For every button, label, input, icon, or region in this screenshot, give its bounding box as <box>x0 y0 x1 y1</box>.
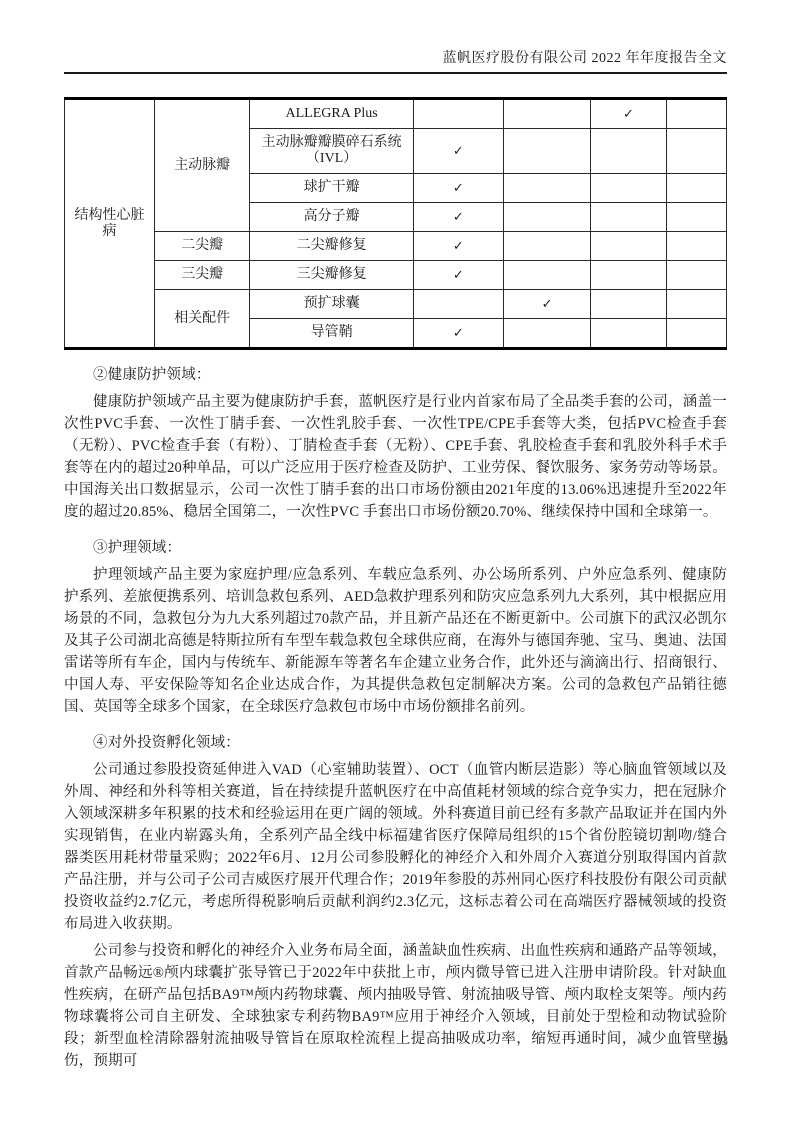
check-cell <box>503 232 590 261</box>
check-cell: ✓ <box>413 319 503 349</box>
table-row: 三尖瓣 三尖瓣修复 ✓ <box>65 261 727 290</box>
check-cell <box>591 290 666 319</box>
product-cell: 导管鞘 <box>250 319 414 349</box>
category-cell: 结构性心脏病 <box>65 99 155 349</box>
check-cell <box>591 203 666 232</box>
paragraph-investment-2: 公司参与投资和孵化的神经介入业务布局全面，涵盖缺血性疾病、出血性疾病和通路产品等… <box>64 940 727 1072</box>
table-row: 相关配件 预扩球囊 ✓ <box>65 290 727 319</box>
check-cell <box>591 232 666 261</box>
check-cell <box>666 290 726 319</box>
group-cell: 二尖瓣 <box>155 232 250 261</box>
group-cell: 三尖瓣 <box>155 261 250 290</box>
check-cell <box>503 319 590 349</box>
check-cell: ✓ <box>413 232 503 261</box>
check-cell: ✓ <box>591 99 666 129</box>
page-header: 蓝帆医疗股份有限公司 2022 年年度报告全文 <box>64 0 727 74</box>
product-cell: 高分子瓣 <box>250 203 414 232</box>
check-cell <box>503 203 590 232</box>
check-cell: ✓ <box>413 261 503 290</box>
check-cell <box>413 99 503 129</box>
paragraph-investment-1: 公司通过参股投资延伸进入VAD（心室辅助装置）、OCT（血管内断层造影）等心脑血… <box>64 759 727 935</box>
check-cell: ✓ <box>413 174 503 203</box>
report-body: ②健康防护领域： 健康防护领域产品主要为健康防护手套，蓝帆医疗是行业内首家布局了… <box>64 364 727 1072</box>
check-cell <box>666 261 726 290</box>
check-cell: ✓ <box>413 129 503 174</box>
check-cell: ✓ <box>413 203 503 232</box>
product-cell: 球扩干瓣 <box>250 174 414 203</box>
check-cell <box>503 129 590 174</box>
check-cell <box>666 99 726 129</box>
check-cell <box>666 129 726 174</box>
page-number: 33 <box>716 1034 729 1049</box>
product-cell: 主动脉瓣瓣膜碎石系统（IVL） <box>250 129 414 174</box>
product-table: 结构性心脏病 主动脉瓣 ALLEGRA Plus ✓ 主动脉瓣瓣膜碎石系统（IV… <box>64 97 727 350</box>
product-cell: 预扩球囊 <box>250 290 414 319</box>
paragraph-health-protection: 健康防护领域产品主要为健康防护手套，蓝帆医疗是行业内首家布局了全品类手套的公司，… <box>64 391 727 523</box>
section-heading-health-protection: ②健康防护领域： <box>64 364 727 386</box>
paragraph-nursing: 护理领域产品主要为家庭护理/应急系列、车载应急系列、办公场所系列、户外应急系列、… <box>64 564 727 718</box>
table-row: 二尖瓣 二尖瓣修复 ✓ <box>65 232 727 261</box>
check-cell <box>666 319 726 349</box>
check-cell: ✓ <box>503 290 590 319</box>
product-cell: 二尖瓣修复 <box>250 232 414 261</box>
check-cell <box>591 174 666 203</box>
check-cell <box>666 232 726 261</box>
report-page: 蓝帆医疗股份有限公司 2022 年年度报告全文 结构性心脏病 主动脉瓣 ALLE… <box>0 0 794 1123</box>
check-cell <box>503 99 590 129</box>
check-cell <box>413 290 503 319</box>
check-cell <box>666 203 726 232</box>
header-title: 蓝帆医疗股份有限公司 2022 年年度报告全文 <box>443 51 728 66</box>
group-cell: 主动脉瓣 <box>155 99 250 232</box>
check-cell <box>503 174 590 203</box>
table-row: 结构性心脏病 主动脉瓣 ALLEGRA Plus ✓ <box>65 99 727 129</box>
section-heading-nursing: ③护理领域： <box>64 537 727 559</box>
check-cell <box>591 129 666 174</box>
check-cell <box>503 261 590 290</box>
check-cell <box>591 261 666 290</box>
section-heading-investment-incubation: ④对外投资孵化领域： <box>64 732 727 754</box>
check-cell <box>591 319 666 349</box>
check-cell <box>666 174 726 203</box>
product-cell: ALLEGRA Plus <box>250 99 414 129</box>
product-cell: 三尖瓣修复 <box>250 261 414 290</box>
group-cell: 相关配件 <box>155 290 250 349</box>
